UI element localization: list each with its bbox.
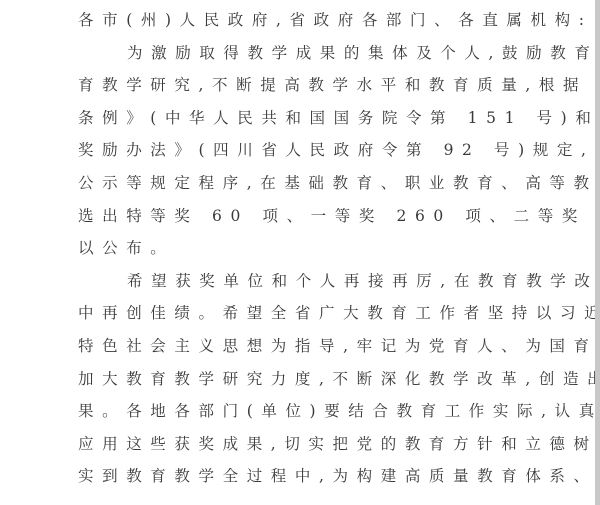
- paragraph-1-line-6: 选出特等奖 60 项、一等奖 260 项、二等奖 680 项。现将获奖名单予: [78, 200, 524, 233]
- document-page: 各市(州)人民政府,省政府各部门、各直属机构: 为激励取得教学成果的集体及个人,…: [0, 0, 595, 505]
- document-body: 各市(州)人民政府,省政府各部门、各直属机构: 为激励取得教学成果的集体及个人,…: [78, 4, 524, 493]
- paragraph-2-line-7: 实到教育教学全过程中,为构建高质量教育体系、建设教育强省、: [78, 460, 524, 493]
- page-edge-scrollbar[interactable]: [595, 0, 600, 505]
- paragraph-1-line-5: 公示等规定程序,在基础教育、职业教育、高等教育 3 个领域共评: [78, 167, 524, 200]
- salutation-line: 各市(州)人民政府,省政府各部门、各直属机构:: [78, 4, 524, 37]
- paragraph-1-line-7: 以公布。: [78, 232, 524, 265]
- paragraph-2-line-6: 应用这些获奖成果,切实把党的教育方针和立德树人根本任务落: [78, 428, 524, 461]
- paragraph-1-line-4: 奖励办法》(四川省人民政府令第 92 号)规定,经专家评审、社会: [78, 134, 524, 167]
- paragraph-1-line-3: 条例》(中华人民共和国国务院令第 151 号)和《四川省教学成果: [78, 102, 524, 135]
- paragraph-2-line-3: 特色社会主义思想为指导,牢记为党育人、为国育才使命,进一步: [78, 330, 524, 363]
- paragraph-1-line-1: 为激励取得教学成果的集体及个人,鼓励教育工作者从事教: [78, 37, 524, 70]
- paragraph-2-line-1: 希望获奖单位和个人再接再厉,在教育教学改革、实践和研究: [78, 265, 524, 298]
- paragraph-2-line-4: 加大教育教学研究力度,不断深化教学改革,创造出更多高水平成: [78, 363, 524, 396]
- paragraph-2-line-2: 中再创佳绩。希望全省广大教育工作者坚持以习近平新时代中国: [78, 297, 524, 330]
- paragraph-1-line-2: 育教学研究,不断提高教学水平和教育质量,根据《教学成果奖励: [78, 69, 524, 102]
- paragraph-2-line-5: 果。各地各部门(单位)要结合教育工作实际,认真学习、借鉴和: [78, 395, 524, 428]
